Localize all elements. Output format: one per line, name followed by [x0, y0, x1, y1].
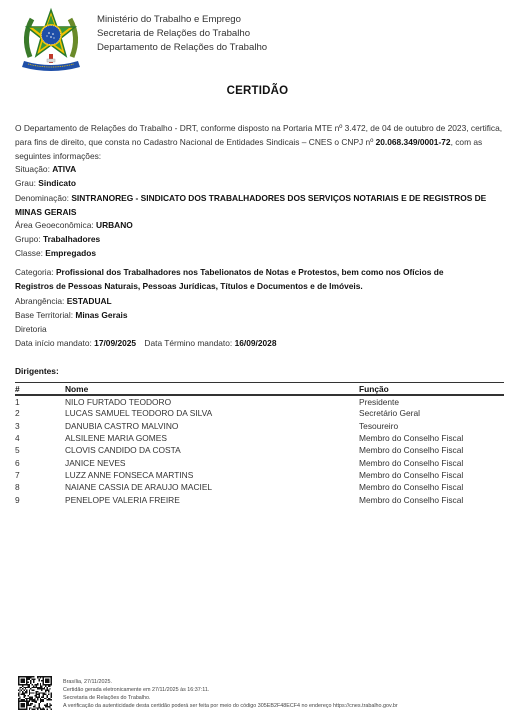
table-row: 2LUCAS SAMUEL TEODORO DA SILVASecretário… — [15, 407, 504, 419]
field-diretoria: Diretoria — [15, 324, 47, 334]
mandato-termino: 16/09/2028 — [235, 338, 277, 348]
cell-nome: DANUBIA CASTRO MALVINO — [65, 420, 359, 432]
cell-nome: JANICE NEVES — [65, 456, 359, 468]
cell-number: 1 — [15, 395, 65, 407]
field-value: Sindicato — [38, 178, 76, 188]
field-label: Abrangência: — [15, 296, 67, 306]
field-value: ESTADUAL — [67, 296, 112, 306]
cell-number: 5 — [15, 444, 65, 456]
cell-funcao: Membro do Conselho Fiscal — [359, 469, 504, 481]
cell-number: 8 — [15, 481, 65, 493]
table-header-row: # Nome Função — [15, 383, 504, 396]
cnpj-value: 20.068.349/0001-72 — [376, 137, 451, 147]
org-secretariat: Secretaria de Relações do Trabalho — [97, 27, 267, 41]
field-grau: Grau: Sindicato — [15, 178, 76, 188]
field-value: ATIVA — [52, 164, 76, 174]
cell-number: 6 — [15, 456, 65, 468]
field-label: Base Territorial: — [15, 310, 75, 320]
table-row: 1NILO FURTADO TEODOROPresidente — [15, 395, 504, 407]
field-area: Área Geoeconômica: URBANO — [15, 220, 133, 230]
org-department: Departamento de Relações do Trabalho — [97, 41, 267, 55]
field-value: Profissional dos Trabalhadores nos Tabel… — [15, 267, 443, 291]
document-header: Ministério do Trabalho e Emprego Secreta… — [18, 7, 498, 73]
footer-verification: A verificação da autenticidade desta cer… — [63, 702, 398, 710]
footer-secretariat: Secretaria de Relações do Trabalho. — [63, 694, 398, 702]
table-body: 1NILO FURTADO TEODOROPresidente2LUCAS SA… — [15, 395, 504, 506]
cell-funcao: Membro do Conselho Fiscal — [359, 432, 504, 444]
field-label: Grupo: — [15, 234, 43, 244]
table-row: 5CLOVIS CANDIDO DA COSTAMembro do Consel… — [15, 444, 504, 456]
footer-generated: Certidão gerada eletronicamente em 27/11… — [63, 686, 398, 694]
cell-number: 3 — [15, 420, 65, 432]
field-label: Data início mandato: — [15, 338, 94, 348]
table-row: 6JANICE NEVESMembro do Conselho Fiscal — [15, 456, 504, 468]
field-situacao: Situação: ATIVA — [15, 164, 76, 174]
field-abrangencia: Abrangência: ESTADUAL — [15, 296, 112, 306]
brazil-coat-of-arms-icon — [18, 7, 84, 73]
qr-code-icon — [18, 676, 52, 710]
cell-nome: LUCAS SAMUEL TEODORO DA SILVA — [65, 407, 359, 419]
cell-number: 9 — [15, 493, 65, 505]
cell-funcao: Secretário Geral — [359, 407, 504, 419]
field-value: Trabalhadores — [43, 234, 100, 244]
field-value: URBANO — [96, 220, 133, 230]
cell-number: 7 — [15, 469, 65, 481]
field-grupo: Grupo: Trabalhadores — [15, 234, 100, 244]
column-header-number: # — [15, 383, 65, 396]
column-header-nome: Nome — [65, 383, 359, 396]
cell-funcao: Tesoureiro — [359, 420, 504, 432]
table-row: 8NAIANE CASSIA DE ARAUJO MACIELMembro do… — [15, 481, 504, 493]
cell-funcao: Membro do Conselho Fiscal — [359, 444, 504, 456]
cell-number: 4 — [15, 432, 65, 444]
field-label: Área Geoeconômica: — [15, 220, 96, 230]
dirigentes-table: # Nome Função 1NILO FURTADO TEODOROPresi… — [15, 382, 504, 506]
field-label: Denominação: — [15, 193, 71, 203]
cell-nome: NILO FURTADO TEODORO — [65, 395, 359, 407]
field-base-territorial: Base Territorial: Minas Gerais — [15, 310, 128, 320]
field-value: Empregados — [45, 248, 96, 258]
intro-paragraph: O Departamento de Relações do Trabalho -… — [15, 121, 505, 164]
cell-nome: LUZZ ANNE FONSECA MARTINS — [65, 469, 359, 481]
field-value: Minas Gerais — [75, 310, 127, 320]
cell-number: 2 — [15, 407, 65, 419]
field-value: SINTRANOREG - SINDICATO DOS TRABALHADORE… — [15, 193, 486, 217]
footer-place-date: Brasília, 27/11/2025. — [63, 678, 398, 686]
column-header-funcao: Função — [359, 383, 504, 396]
cell-funcao: Membro do Conselho Fiscal — [359, 481, 504, 493]
organization-lines: Ministério do Trabalho e Emprego Secreta… — [97, 13, 267, 56]
mandato-inicio: 17/09/2025 — [94, 338, 136, 348]
field-label: Data Término mandato: — [144, 338, 234, 348]
field-denominacao: Denominação: SINTRANOREG - SINDICATO DOS… — [15, 191, 495, 220]
document-title: CERTIDÃO — [0, 85, 515, 97]
table-row: 3DANUBIA CASTRO MALVINOTesoureiro — [15, 420, 504, 432]
table-row: 7LUZZ ANNE FONSECA MARTINSMembro do Cons… — [15, 469, 504, 481]
cell-nome: ALSILENE MARIA GOMES — [65, 432, 359, 444]
dirigentes-heading: Dirigentes: — [15, 366, 59, 376]
cell-nome: NAIANE CASSIA DE ARAUJO MACIEL — [65, 481, 359, 493]
field-label: Grau: — [15, 178, 38, 188]
field-label: Classe: — [15, 248, 45, 258]
cell-nome: PENELOPE VALERIA FREIRE — [65, 493, 359, 505]
field-categoria: Categoria: Profissional dos Trabalhadore… — [15, 265, 480, 294]
field-mandato: Data início mandato: 17/09/2025 Data Tér… — [15, 338, 276, 348]
table-row: 4ALSILENE MARIA GOMESMembro do Conselho … — [15, 432, 504, 444]
field-label: Categoria: — [15, 267, 56, 277]
document-footer: Brasília, 27/11/2025. Certidão gerada el… — [18, 676, 508, 716]
table-row: 9PENELOPE VALERIA FREIREMembro do Consel… — [15, 493, 504, 505]
cell-funcao: Membro do Conselho Fiscal — [359, 456, 504, 468]
cell-nome: CLOVIS CANDIDO DA COSTA — [65, 444, 359, 456]
cell-funcao: Presidente — [359, 395, 504, 407]
footer-text: Brasília, 27/11/2025. Certidão gerada el… — [63, 678, 398, 710]
org-ministry: Ministério do Trabalho e Emprego — [97, 13, 267, 27]
cell-funcao: Membro do Conselho Fiscal — [359, 493, 504, 505]
field-classe: Classe: Empregados — [15, 248, 96, 258]
field-label: Situação: — [15, 164, 52, 174]
